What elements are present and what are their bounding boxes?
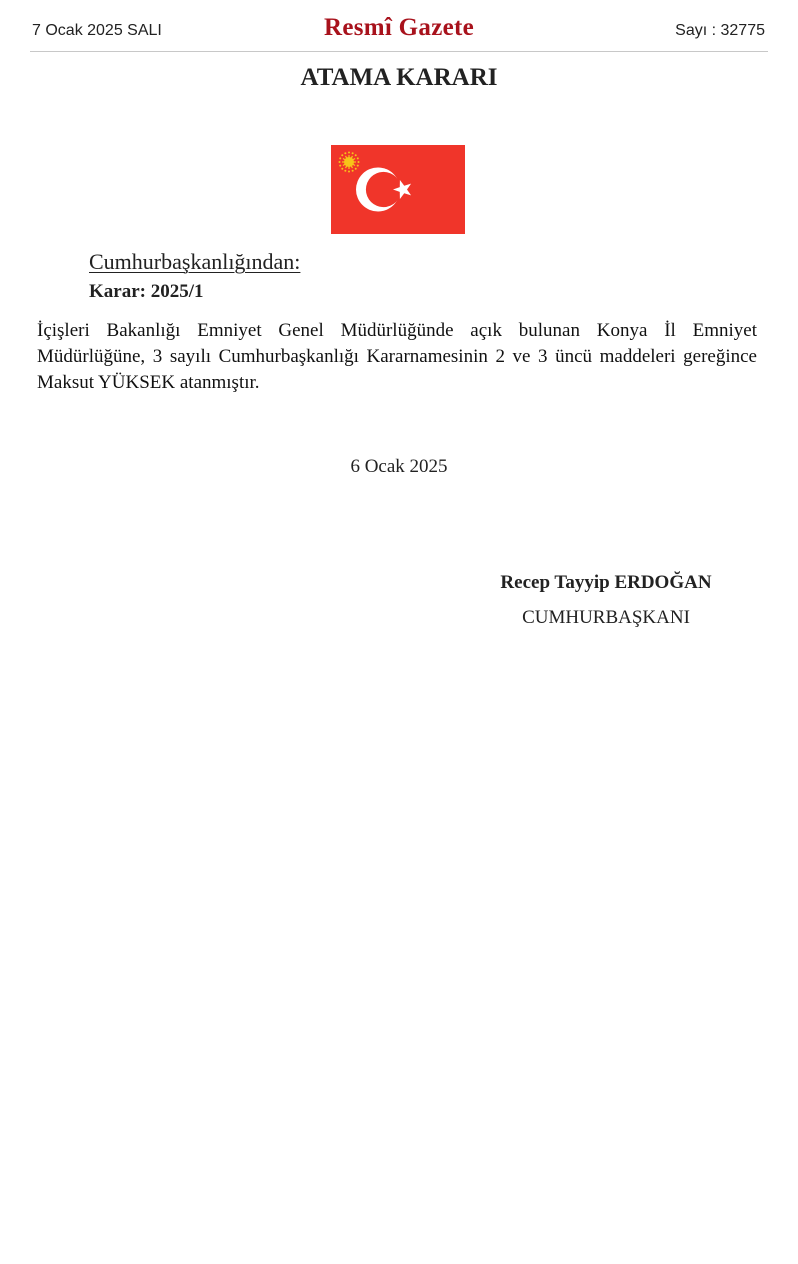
signing-date: 6 Ocak 2025 [0, 456, 798, 478]
gazette-title: Resmî Gazete [30, 14, 768, 42]
issuer-heading: Cumhurbaşkanlığından: [89, 249, 300, 275]
decision-number: Karar: 2025/1 [89, 281, 204, 303]
document-title: ATAMA KARARI [0, 64, 798, 92]
issue-number: Sayı : 32775 [675, 22, 765, 40]
gazette-header: 7 Ocak 2025 SALI Resmî Gazete Sayı : 327… [30, 0, 768, 52]
signatory-title: CUMHURBAŞKANI [456, 607, 756, 629]
signatory-name: Recep Tayyip ERDOĞAN [456, 572, 756, 594]
decision-body: İçişleri Bakanlığı Emniyet Genel Müdürlü… [37, 318, 757, 396]
presidential-flag-icon [331, 145, 465, 234]
